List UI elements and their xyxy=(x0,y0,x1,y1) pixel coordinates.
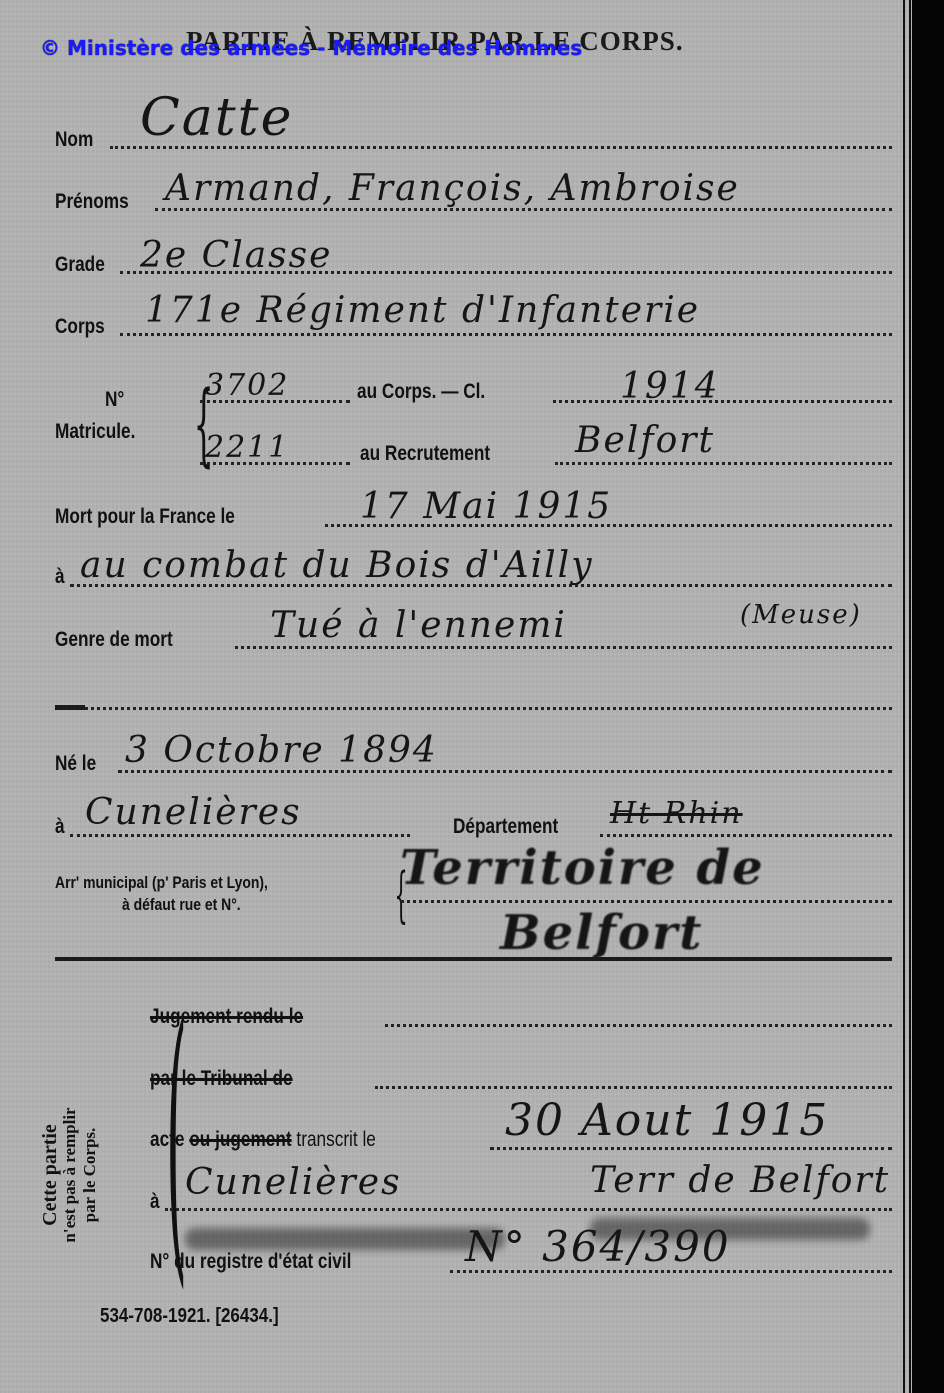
side-note-line2: n'est pas à remplir xyxy=(60,1060,80,1290)
arrondissement-line xyxy=(400,900,892,903)
prenoms-value: Armand, François, Ambroise xyxy=(165,168,740,209)
margin-rule-outer xyxy=(909,0,911,1393)
section-separator xyxy=(55,957,892,961)
recrutement-label: au Recrutement xyxy=(360,442,490,466)
recrutement-value: Belfort xyxy=(575,420,715,461)
departement-label: Département xyxy=(453,815,558,839)
death-record-card: PARTIE À REMPLIR PAR LE CORPS. © Ministè… xyxy=(0,0,912,1393)
corps-cl-label: au Corps. — Cl. xyxy=(357,380,485,404)
prenoms-label: Prénoms xyxy=(55,190,129,214)
mort-date-value: 17 Mai 1915 xyxy=(360,486,612,527)
pencil-smudge-left xyxy=(185,1228,505,1250)
grade-label: Grade xyxy=(55,253,105,277)
registre-label: N° du registre d'état civil xyxy=(150,1250,351,1274)
acte-word: acte xyxy=(150,1128,184,1151)
genre-mort-line xyxy=(235,646,892,649)
separator-head xyxy=(55,705,85,710)
civil-lieu-label: à xyxy=(150,1190,160,1214)
jugement-label: Jugement rendu le xyxy=(150,1005,303,1029)
matricule-no-label: N° xyxy=(105,388,124,412)
copyright-watermark: © Ministère des armées - Mémoire des Hom… xyxy=(40,36,582,60)
scan-edge xyxy=(912,0,944,1393)
print-reference: 534-708-1921. [26434.] xyxy=(100,1305,279,1328)
ne-lieu-label: à xyxy=(55,815,65,839)
nom-label: Nom xyxy=(55,128,93,152)
genre-mort-label: Genre de mort xyxy=(55,628,173,652)
registre-value: N° 364/390 xyxy=(465,1222,731,1271)
acte-value: 30 Aout 1915 xyxy=(505,1095,829,1146)
corps-number-value: 3702 xyxy=(205,368,289,403)
mort-lieu-label: à xyxy=(55,565,65,589)
nom-value: Catte xyxy=(140,88,293,148)
civil-lieu-value: Cunelières xyxy=(185,1162,402,1203)
separator-line xyxy=(85,707,892,710)
acte-transcrit-words: transcrit le xyxy=(296,1128,375,1151)
corps-label: Corps xyxy=(55,315,105,339)
genre-mort-value: Tué à l'ennemi xyxy=(270,605,567,646)
corps-value: 171e Régiment d'Infanterie xyxy=(145,290,700,331)
arrondissement-value-line1: Territoire de xyxy=(400,840,765,896)
margin-rule-inner xyxy=(903,0,905,1393)
genre-mort-note: (Meuse) xyxy=(740,600,862,630)
mort-lieu-value: au combat du Bois d'Ailly xyxy=(80,545,594,586)
corps-line xyxy=(120,333,892,336)
matricule-label: Matricule. xyxy=(55,420,135,444)
ne-le-label: Né le xyxy=(55,752,96,776)
civil-section-side-note: Cette partie n'est pas à remplir par le … xyxy=(40,1060,100,1290)
mort-date-label: Mort pour la France le xyxy=(55,505,235,529)
departement-line xyxy=(600,834,892,837)
recrutement-line xyxy=(555,462,892,465)
ne-le-value: 3 Octobre 1894 xyxy=(125,730,438,771)
acte-line xyxy=(490,1147,892,1150)
civil-lieu-value2: Terr de Belfort xyxy=(590,1160,890,1201)
jugement-line xyxy=(385,1024,892,1027)
tribunal-label: par le Tribunal de xyxy=(150,1067,293,1091)
acte-label: acte ou jugement transcrit le xyxy=(150,1128,376,1152)
classe-line xyxy=(553,400,892,403)
civil-lieu-line xyxy=(165,1208,892,1211)
acte-struck-words: ou jugement xyxy=(189,1128,291,1151)
ne-lieu-value: Cunelières xyxy=(85,792,302,833)
departement-value: Ht Rhin xyxy=(610,796,743,831)
recrutement-number-value: 2211 xyxy=(205,430,289,465)
arrondissement-label-line2: à défaut rue et N°. xyxy=(122,895,241,915)
classe-value: 1914 xyxy=(620,366,720,407)
grade-value: 2e Classe xyxy=(140,235,332,276)
tribunal-line xyxy=(375,1086,892,1089)
arrondissement-label-line1: Arr' municipal (p' Paris et Lyon), xyxy=(55,873,268,893)
side-note-line3: par le Corps. xyxy=(80,1060,100,1290)
ne-lieu-line xyxy=(70,834,410,837)
arrondissement-value-line2: Belfort xyxy=(500,905,703,961)
side-note-line1: Cette partie xyxy=(40,1060,60,1290)
